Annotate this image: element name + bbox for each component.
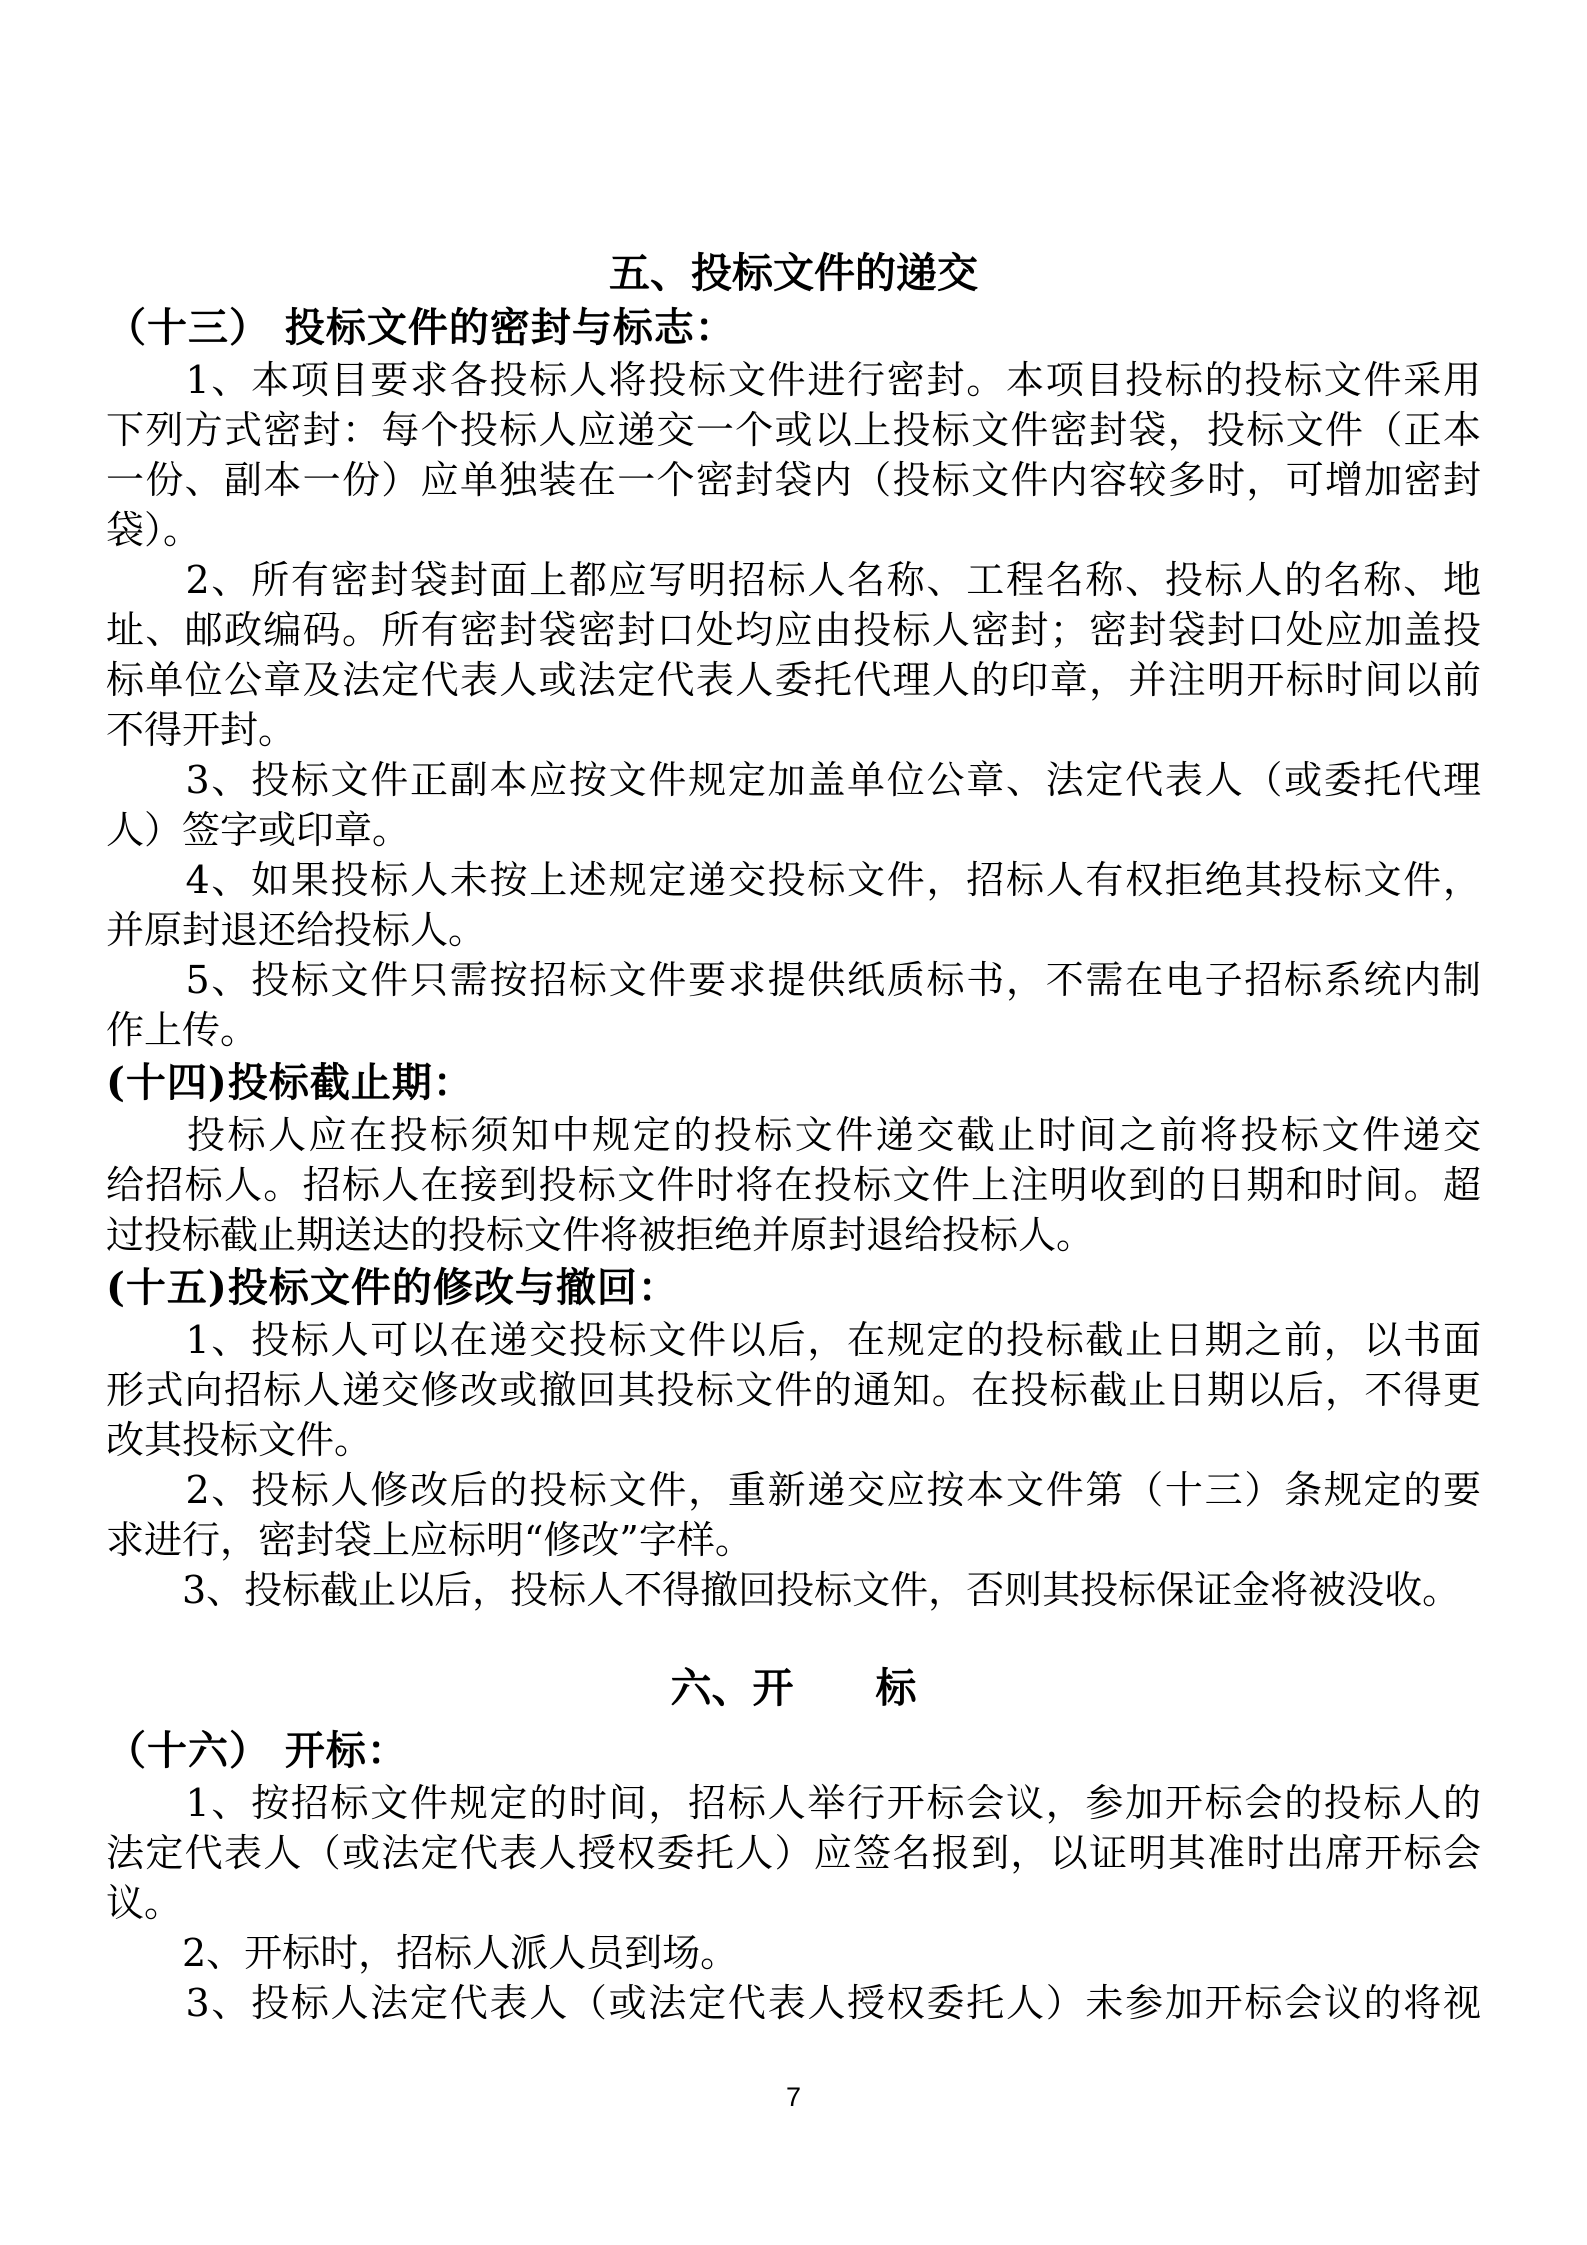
document-content: 五、投标文件的递交（十三） 投标文件的密封与标志： 1、本项目要求各投标人将投标… (106, 246, 1481, 2028)
section-title: 五、投标文件的递交 (106, 246, 1481, 300)
text-line: 2、开标时，招标人派人员到场。 (106, 1928, 1481, 1978)
text-line: (十四)投标截止期： (106, 1055, 1481, 1110)
text-line: 给招标人。招标人在接到投标文件时将在投标文件上注明收到的日期和时间。超 (106, 1160, 1481, 1210)
paragraph: 2、所有密封袋封面上都应写明招标人名称、工程名称、投标人的名称、地址、邮政编码。… (106, 555, 1481, 755)
text-line: 议。 (106, 1878, 1481, 1928)
text-line: (十五)投标文件的修改与撤回： (106, 1260, 1481, 1315)
text-line: 人）签字或印章。 (106, 805, 1481, 855)
text-line: 法定代表人（或法定代表人授权委托人）应签名报到，以证明其准时出席开标会 (106, 1828, 1481, 1878)
text-line: 改其投标文件。 (106, 1415, 1481, 1465)
paragraph: 4、如果投标人未按上述规定递交投标文件，招标人有权拒绝其投标文件，并原封退还给投… (106, 855, 1481, 955)
text-line: 3、投标截止以后，投标人不得撤回投标文件，否则其投标保证金将被没收。 (106, 1565, 1481, 1615)
paragraph: 1、本项目要求各投标人将投标文件进行密封。本项目投标的投标文件采用下列方式密封：… (106, 355, 1481, 555)
text-line: 六、开 标 (671, 1661, 917, 1715)
text-line: 1、按招标文件规定的时间，招标人举行开标会议，参加开标会的投标人的 (106, 1778, 1481, 1828)
paragraph: 2、开标时，招标人派人员到场。 (106, 1928, 1481, 1978)
clause-heading: （十六） 开标： (106, 1723, 1481, 1778)
section-title: 六、开 标 (106, 1661, 1481, 1715)
document-page: 五、投标文件的递交（十三） 投标文件的密封与标志： 1、本项目要求各投标人将投标… (0, 0, 1587, 2245)
text-line: 不得开封。 (106, 705, 1481, 755)
text-line: 并原封退还给投标人。 (106, 905, 1481, 955)
paragraph: 3、投标人法定代表人（或法定代表人授权委托人）未参加开标会议的将视 (106, 1978, 1481, 2028)
paragraph: 5、投标文件只需按招标文件要求提供纸质标书，不需在电子招标系统内制作上传。 (106, 955, 1481, 1055)
paragraph: 投标人应在投标须知中规定的投标文件递交截止时间之前将投标文件递交给招标人。招标人… (106, 1110, 1481, 1260)
text-line: 2、所有密封袋封面上都应写明招标人名称、工程名称、投标人的名称、地 (106, 555, 1481, 605)
text-line: 过投标截止期送达的投标文件将被拒绝并原封退给投标人。 (106, 1210, 1481, 1260)
paragraph: 3、投标截止以后，投标人不得撤回投标文件，否则其投标保证金将被没收。 (106, 1565, 1481, 1615)
paragraph: 3、投标文件正副本应按文件规定加盖单位公章、法定代表人（或委托代理人）签字或印章… (106, 755, 1481, 855)
paragraph: 1、投标人可以在递交投标文件以后，在规定的投标截止日期之前，以书面形式向招标人递… (106, 1315, 1481, 1465)
text-line: 形式向招标人递交修改或撤回其投标文件的通知。在投标截止日期以后，不得更 (106, 1365, 1481, 1415)
text-line: （十六） 开标： (106, 1723, 1481, 1778)
text-line: 投标人应在投标须知中规定的投标文件递交截止时间之前将投标文件递交 (106, 1110, 1481, 1160)
text-line: 标单位公章及法定代表人或法定代表人委托代理人的印章，并注明开标时间以前 (106, 655, 1481, 705)
text-line: 一份、副本一份）应单独装在一个密封袋内（投标文件内容较多时，可增加密封 (106, 455, 1481, 505)
text-line: 五、投标文件的递交 (609, 246, 978, 300)
text-line: （十三） 投标文件的密封与标志： (106, 300, 1481, 355)
clause-heading: (十四)投标截止期： (106, 1055, 1481, 1110)
text-line: 袋）。 (106, 505, 1481, 555)
page-number: 7 (0, 2082, 1587, 2113)
text-line: 求进行，密封袋上应标明“修改”字样。 (106, 1515, 1481, 1565)
paragraph: 2、投标人修改后的投标文件，重新递交应按本文件第（十三）条规定的要求进行，密封袋… (106, 1465, 1481, 1565)
text-line: 3、投标文件正副本应按文件规定加盖单位公章、法定代表人（或委托代理 (106, 755, 1481, 805)
text-line: 2、投标人修改后的投标文件，重新递交应按本文件第（十三）条规定的要 (106, 1465, 1481, 1515)
clause-heading: （十三） 投标文件的密封与标志： (106, 300, 1481, 355)
text-line: 1、投标人可以在递交投标文件以后，在规定的投标截止日期之前，以书面 (106, 1315, 1481, 1365)
text-line: 下列方式密封：每个投标人应递交一个或以上投标文件密封袋，投标文件（正本 (106, 405, 1481, 455)
text-line: 作上传。 (106, 1005, 1481, 1055)
paragraph: 1、按招标文件规定的时间，招标人举行开标会议，参加开标会的投标人的法定代表人（或… (106, 1778, 1481, 1928)
text-line: 3、投标人法定代表人（或法定代表人授权委托人）未参加开标会议的将视 (106, 1978, 1481, 2028)
clause-heading: (十五)投标文件的修改与撤回： (106, 1260, 1481, 1315)
text-line: 5、投标文件只需按招标文件要求提供纸质标书，不需在电子招标系统内制 (106, 955, 1481, 1005)
text-line: 4、如果投标人未按上述规定递交投标文件，招标人有权拒绝其投标文件， (106, 855, 1481, 905)
text-line: 1、本项目要求各投标人将投标文件进行密封。本项目投标的投标文件采用 (106, 355, 1481, 405)
text-line: 址、邮政编码。所有密封袋密封口处均应由投标人密封；密封袋封口处应加盖投 (106, 605, 1481, 655)
